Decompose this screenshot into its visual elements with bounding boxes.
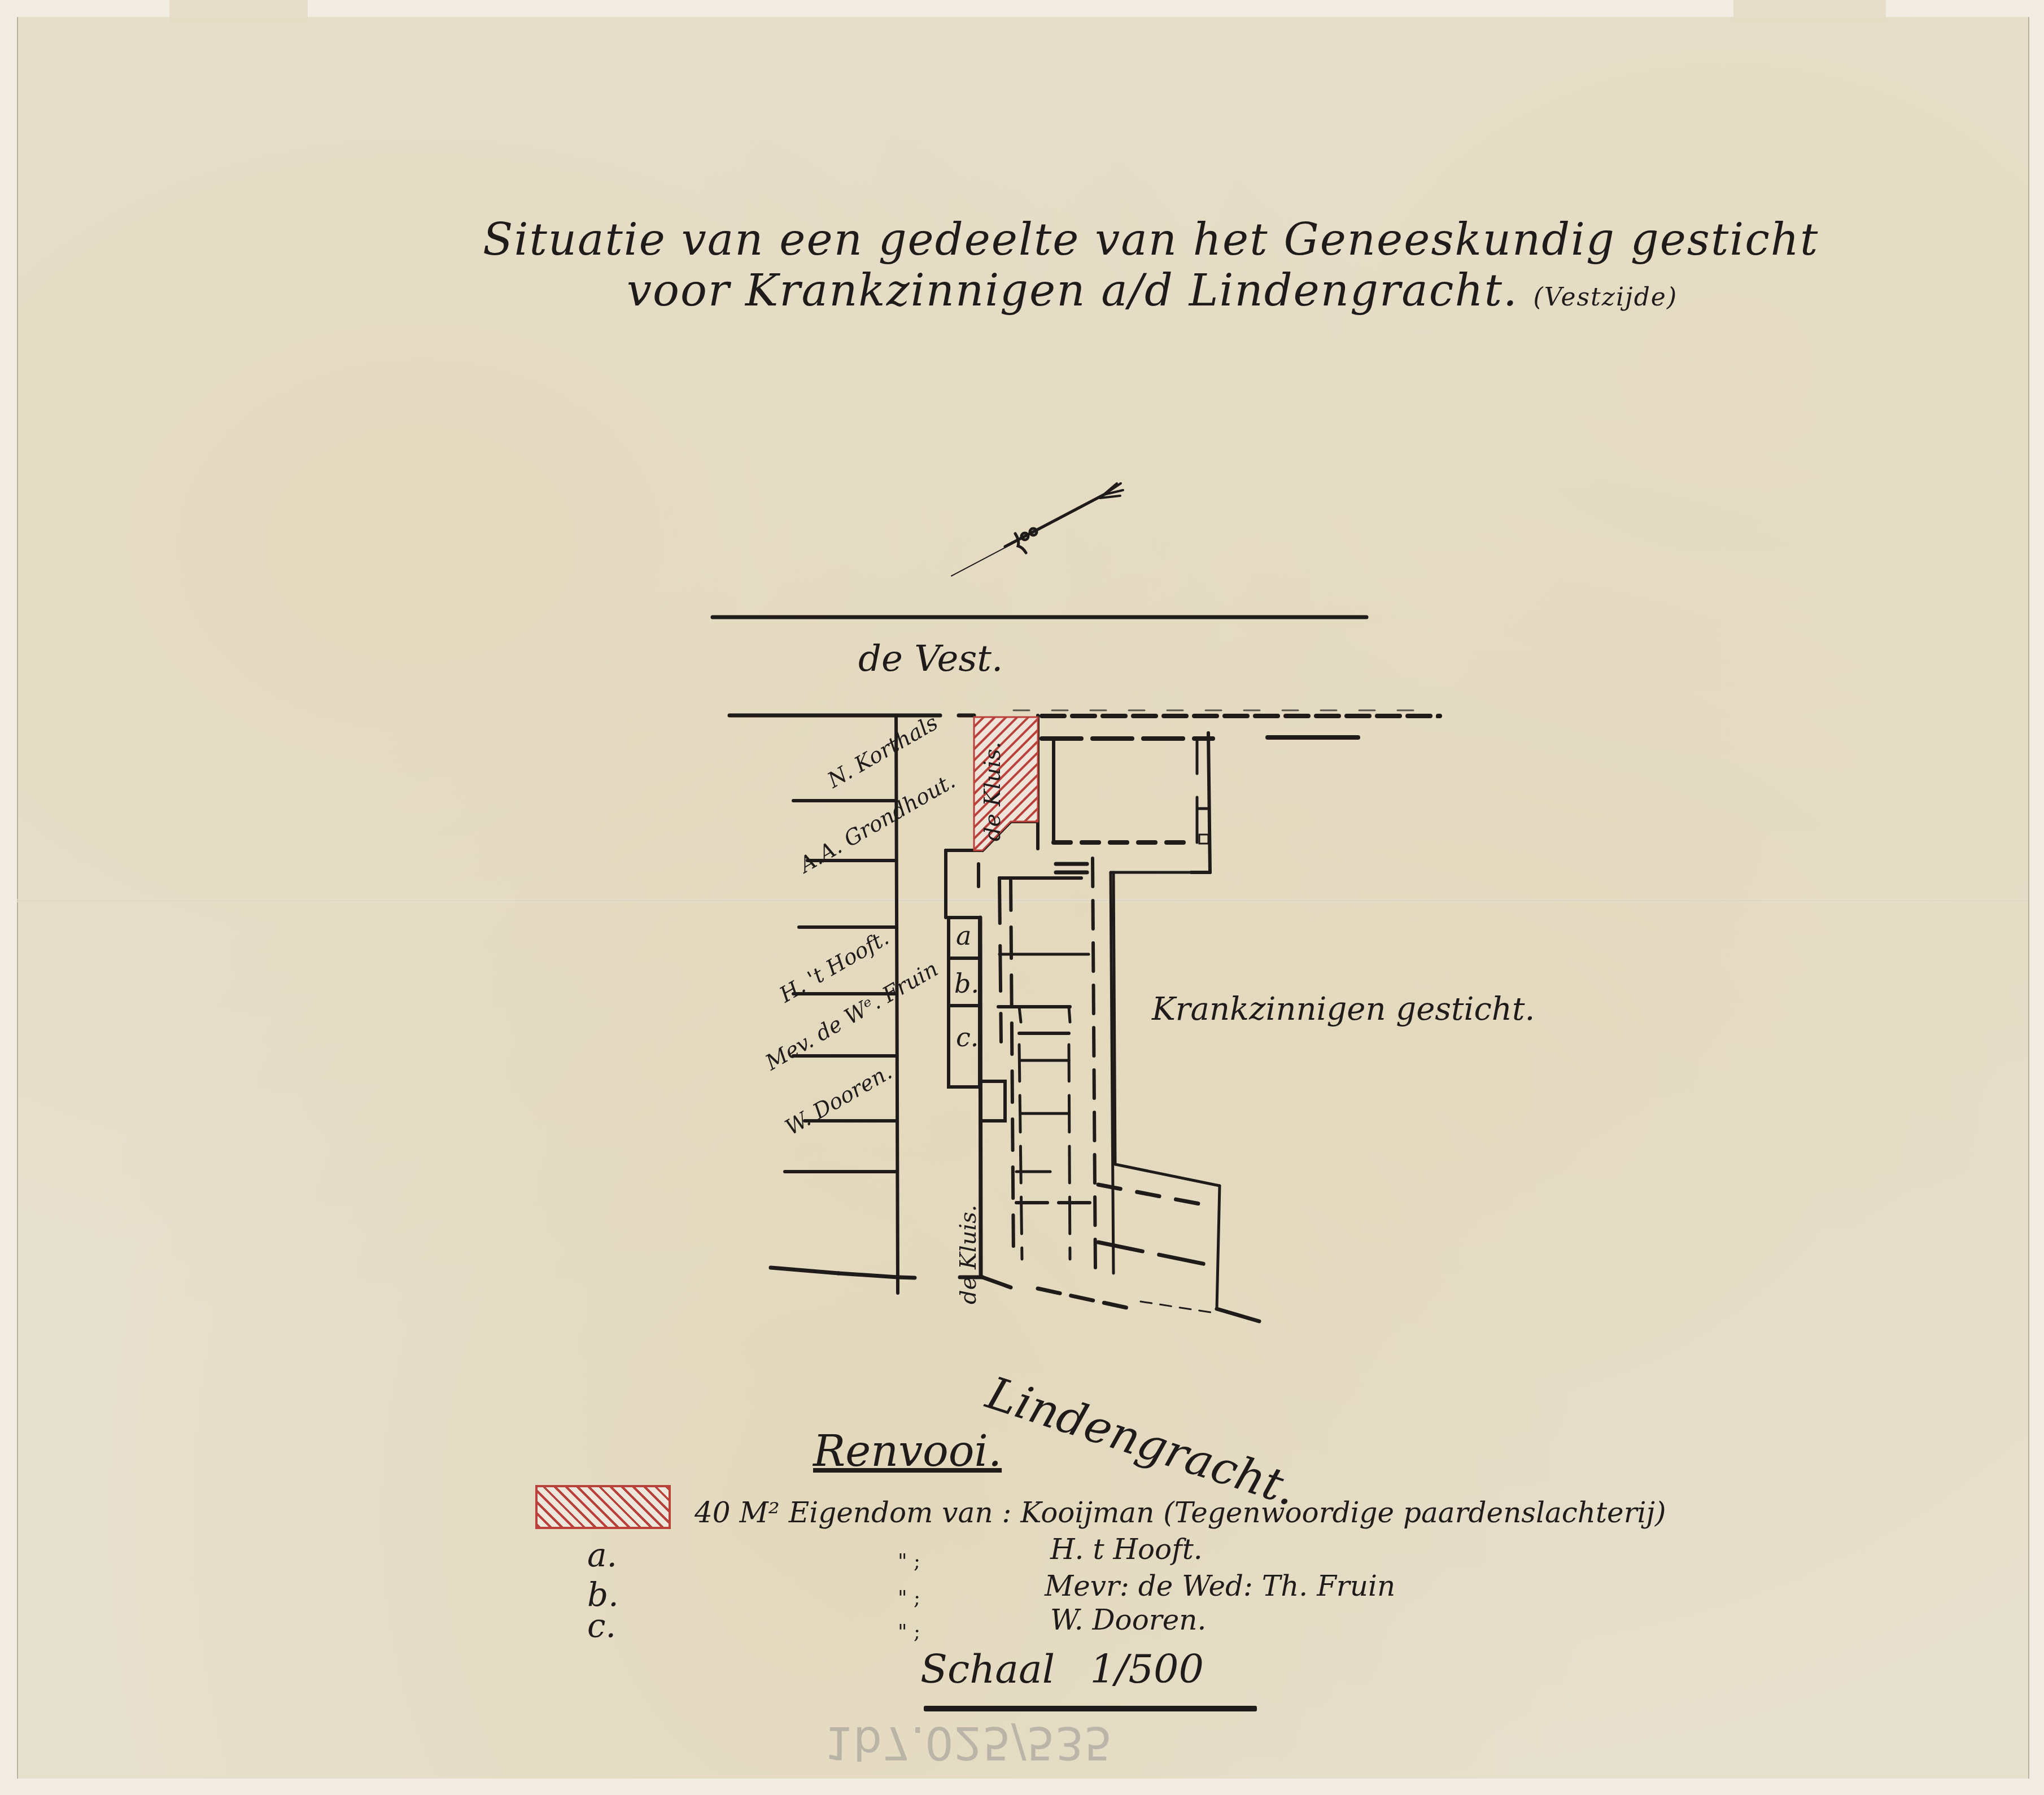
alley-label-de-kluis-lower: de Kluis.	[955, 1205, 981, 1304]
scale-label: Schaal 1/500	[920, 1646, 1204, 1692]
legend-row-kooijman: 40 M² Eigendom van : Kooijman (Tegenwoor…	[695, 1496, 1666, 1529]
north-arrow-icon	[951, 483, 1123, 576]
legend-key-a: a.	[587, 1536, 617, 1574]
plot-label-a: a	[956, 920, 971, 951]
scale-value: 1/500	[1090, 1646, 1204, 1692]
street-label-de-vest: de Vest.	[858, 638, 1003, 680]
legend-title: Renvooi.	[813, 1426, 1002, 1476]
alley-label-de-kluis-upper: de Kluis.	[980, 742, 1006, 841]
legend-ditto-a: " ;	[898, 1550, 920, 1573]
legend-row-b: Mevr: de Wed: Th. Fruin	[1045, 1570, 1395, 1602]
plot-label-c: c.	[956, 1022, 979, 1052]
legend-row-a: H. t Hooft.	[1050, 1533, 1203, 1566]
scale-word: Schaal	[920, 1646, 1055, 1692]
institution-label: Krankzinnigen gesticht.	[1152, 991, 1535, 1028]
legend-key-c: c.	[587, 1606, 616, 1645]
legend-swatch-red-hatch	[535, 1485, 671, 1529]
pencil-archive-number: 1b7.025/535	[824, 1717, 1112, 1769]
legend-ditto-b: " ;	[898, 1587, 920, 1610]
legend-ditto-c: " ;	[898, 1621, 920, 1644]
scale-underline	[924, 1706, 1257, 1711]
legend-row-c: W. Dooren.	[1050, 1604, 1206, 1636]
plot-label-b: b.	[954, 968, 979, 999]
